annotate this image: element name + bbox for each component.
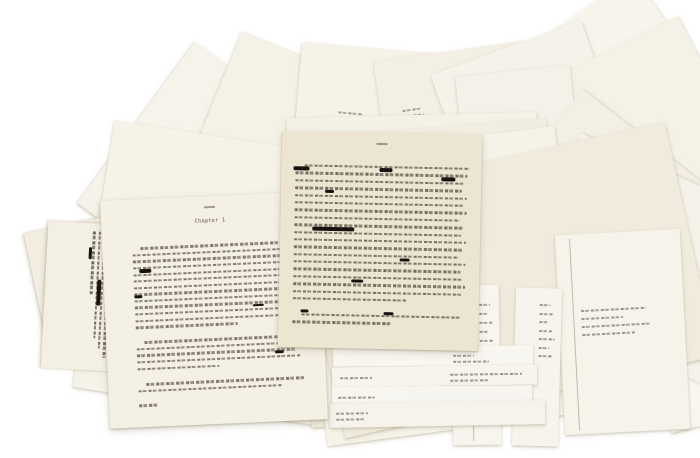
typed-line [582, 322, 650, 328]
ink-redaction-mark [139, 269, 151, 273]
typed-line [295, 179, 464, 185]
typed-line [301, 313, 461, 319]
typed-line [135, 313, 292, 322]
typed-line [582, 331, 635, 336]
typed-line [293, 297, 407, 302]
typed-line [581, 306, 646, 312]
typed-line [293, 282, 465, 288]
typed-text-block [132, 236, 300, 329]
typed-text-block [479, 297, 496, 351]
ink-redaction-mark [400, 258, 410, 261]
typed-text-block [338, 392, 382, 398]
typed-line [479, 312, 487, 315]
typed-line [293, 268, 460, 274]
typed-line [294, 260, 466, 266]
typed-line [453, 354, 474, 357]
typed-line [340, 376, 372, 379]
typed-text-block [340, 373, 380, 380]
typed-line [295, 194, 467, 200]
ink-redaction-mark [89, 247, 93, 259]
ink-redaction-mark [134, 295, 142, 298]
typed-line [294, 245, 463, 251]
typed-line [450, 372, 522, 375]
paper-fold-line [569, 239, 580, 431]
front-page-center-redacted [278, 131, 482, 351]
typed-line [338, 396, 375, 399]
typed-line [479, 321, 492, 324]
typed-line [480, 339, 494, 342]
bottom-right-tall-page [555, 229, 690, 435]
typed-line [539, 330, 552, 333]
ink-redaction-mark [383, 312, 393, 315]
typed-text-block [293, 159, 468, 303]
typed-line [294, 216, 459, 222]
typed-line [139, 404, 159, 407]
cut-strip-4 [330, 400, 545, 428]
page-number-mark [204, 206, 215, 208]
typed-line [137, 364, 219, 370]
typed-line [538, 355, 552, 358]
typed-text-block [139, 393, 303, 407]
ink-redaction-mark [325, 190, 334, 193]
ink-redaction-mark [312, 227, 354, 232]
typed-line [338, 111, 363, 116]
typed-line [293, 290, 462, 296]
typed-line [295, 209, 467, 215]
manuscript-photo: Chapter 1 [0, 0, 700, 458]
ink-redaction-mark [379, 168, 392, 172]
ink-redaction-mark [351, 279, 363, 282]
cut-strip-2 [332, 365, 537, 388]
typed-line [90, 231, 96, 294]
typed-line [538, 347, 549, 350]
typed-line [336, 418, 364, 421]
typed-line [295, 201, 464, 207]
typed-line [294, 253, 459, 259]
typed-text-block [453, 350, 513, 362]
typed-line [479, 330, 489, 333]
typed-line [292, 321, 390, 325]
typed-line [295, 186, 462, 192]
typed-text-block [538, 298, 558, 358]
typed-line [294, 238, 466, 244]
typed-line [539, 338, 555, 341]
ink-redaction-mark [293, 166, 309, 170]
page-number-mark [377, 143, 388, 145]
typed-line [479, 303, 490, 306]
typed-text-block [580, 300, 658, 336]
typed-line [540, 304, 551, 307]
typed-text-block [336, 408, 376, 421]
ink-redaction-mark [275, 350, 284, 353]
typed-text-block [450, 369, 530, 382]
typed-line [453, 360, 489, 363]
ink-redaction-mark [300, 309, 308, 312]
typed-text-block [138, 372, 302, 392]
typed-line [293, 275, 463, 281]
typed-line [138, 384, 282, 393]
typed-text-block [292, 308, 464, 326]
typed-line [336, 412, 368, 415]
typed-line [294, 231, 461, 237]
ink-redaction-mark [441, 177, 455, 181]
typed-line [402, 108, 420, 113]
typed-line [539, 321, 548, 324]
typed-line [539, 313, 553, 316]
typed-line [450, 379, 490, 382]
typed-line [136, 322, 238, 329]
typed-line [581, 316, 623, 321]
